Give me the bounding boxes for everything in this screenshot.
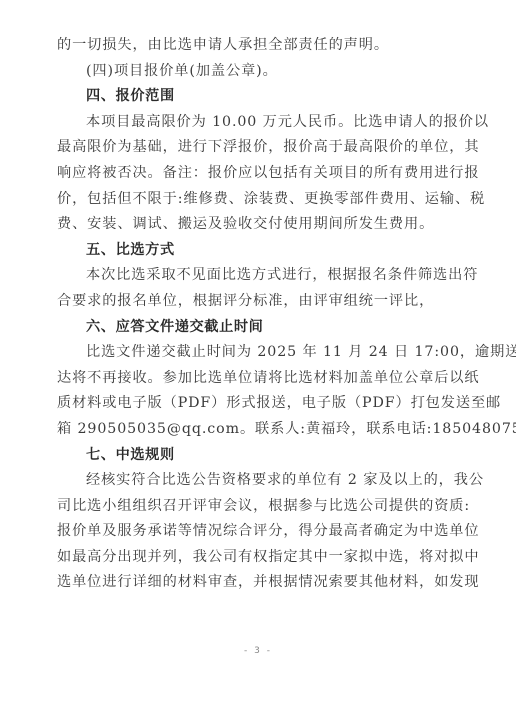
paragraph-line: 选单位进行详细的材料审查，并根据情况索要其他材料，如发现 (57, 570, 459, 596)
paragraph-line: 价，包括但不限于:维修费、涂装费、更换零部件费用、运输、税 (57, 187, 459, 213)
document-body: 的一切损失，由比选申请人承担全部责任的声明。 (四)项目报价单(加盖公章)。 四… (57, 33, 459, 596)
paragraph-line: 本项目最高限价为 10.00 万元人民币。比选申请人的报价以 (57, 110, 459, 136)
section-heading-selection-method: 五、比选方式 (57, 238, 459, 264)
paragraph-line: 经核实符合比选公告资格要求的单位有 2 家及以上的，我公 (57, 468, 459, 494)
paragraph-line: 响应将被否决。备注：报价应以包括有关项目的所有费用进行报 (57, 161, 459, 187)
paragraph-line: 质材料或电子版（PDF）形式报送，电子版（PDF）打包发送至邮 (57, 391, 459, 417)
paragraph-line: 最高限价为基础，进行下浮报价，报价高于最高限价的单位，其 (57, 135, 459, 161)
list-item-quote-form: (四)项目报价单(加盖公章)。 (57, 59, 459, 85)
paragraph-line: 比选文件递交截止时间为 2025 年 11 月 24 日 17:00，逾期送 (57, 340, 459, 366)
paragraph-line: 如最高分出现并列，我公司有权指定其中一家拟中选，将对拟中 (57, 545, 459, 571)
document-page: 的一切损失，由比选申请人承担全部责任的声明。 (四)项目报价单(加盖公章)。 四… (0, 0, 516, 704)
section-heading-selection-rules: 七、中选规则 (57, 443, 459, 469)
paragraph-line: 报价单及服务承诺等情况综合评分，得分最高者确定为中选单位 (57, 519, 459, 545)
section-heading-submission-deadline: 六、应答文件递交截止时间 (57, 315, 459, 341)
text-line-continuation: 的一切损失，由比选申请人承担全部责任的声明。 (57, 33, 459, 59)
paragraph-line: 本次比选采取不见面比选方式进行，根据报名条件筛选出符 (57, 263, 459, 289)
paragraph-line: 合要求的报名单位，根据评分标准，由评审组统一评比， (57, 289, 459, 315)
paragraph-line: 费、安装、调试、搬运及验收交付使用期间所发生费用。 (57, 212, 459, 238)
paragraph-line: 司比选小组组织召开评审会议，根据参与比选公司提供的资质: (57, 494, 459, 520)
page-number: - 3 - (0, 646, 516, 656)
paragraph-line: 达将不再接收。参加比选单位请将比选材料加盖单位公章后以纸 (57, 366, 459, 392)
section-heading-quote-range: 四、报价范围 (57, 84, 459, 110)
paragraph-line-contact: 箱 290505035@qq.com。联系人:黄福玲，联系电话:18504807… (57, 417, 459, 443)
